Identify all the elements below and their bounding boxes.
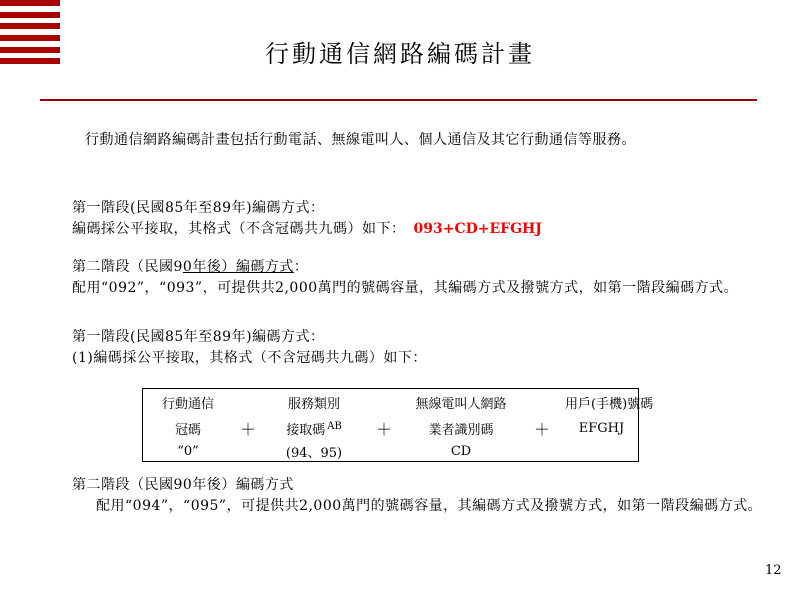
stage1-format-code: 093+CD+EFGHJ xyxy=(414,221,542,237)
presentation-slide: 行動通信網路編碼計畫 行動通信網路編碼計畫包括行動電話、無線電叫人、個人通信及其… xyxy=(0,0,800,600)
slide-title: 行動通信網路編碼計畫 xyxy=(0,34,800,69)
plus-sign: ＋ xyxy=(534,417,550,440)
plus-sign: ＋ xyxy=(376,417,392,440)
intro-paragraph: 行動通信網路編碼計畫包括行動電話、無線電叫人、個人通信及其它行動通信等服務。 xyxy=(85,129,636,149)
format-header-row: 行動通信 服務類別 無線電叫人網路 用戶(手機)號碼 xyxy=(143,389,638,415)
prefix-code-label: 冠碼 xyxy=(175,419,201,438)
format-label-row: 冠碼 ＋ 接取碼AB ＋ 業者識別碼 ＋ EFGHJ xyxy=(143,415,638,442)
page-number: 12 xyxy=(765,563,782,578)
stage2-second-section: 第二階段（民國90年後）編碼方式 配用“094”，“095”，可提供共2,000… xyxy=(72,475,762,517)
operator-id-label: 業者識別碼 xyxy=(428,419,493,438)
stage2-heading-2: 第二階段（民國90年後）編碼方式 xyxy=(72,475,762,496)
logo-stripe xyxy=(0,23,60,29)
stage2-first-section: 第二階段（民國90年後）編碼方式： 配用“092”，“093”，可提供共2,00… xyxy=(72,257,738,299)
logo-stripe xyxy=(0,0,60,6)
col-header-subscriber-number: 用戶(手機)號碼 xyxy=(565,393,653,412)
format-value-row: “0” (94、95) CD xyxy=(143,442,638,461)
access-code-value: (94、95) xyxy=(286,442,342,461)
stage2-detail-2: 配用“094”，“095”，可提供共2,000萬門的號碼容量，其編碼方式及撥號方… xyxy=(72,496,762,517)
access-code-label: 接取碼AB xyxy=(286,419,342,438)
prefix-code-value: “0” xyxy=(177,444,199,459)
stage2-detail: 配用“092”，“093”，可提供共2,000萬門的號碼容量，其編碼方式及撥號方… xyxy=(72,278,738,299)
stage1-format-line-2: (1)編碼採公平接取，其格式（不含冠碼共九碼）如下： xyxy=(72,348,427,369)
stage1-format-text: 編碼採公平接取，其格式（不含冠碼共九碼）如下： xyxy=(72,221,406,237)
stage1-first-section: 第一階段(民國85年至89年)編碼方式： 編碼採公平接取，其格式（不含冠碼共九碼… xyxy=(72,198,542,240)
subscriber-digits-label: EFGHJ xyxy=(579,421,624,436)
stage1-format-line: 編碼採公平接取，其格式（不含冠碼共九碼）如下：093+CD+EFGHJ xyxy=(72,219,542,240)
stage2-heading: 第二階段（民國90年後）編碼方式： xyxy=(72,257,738,278)
stage1-second-section: 第一階段(民國85年至89年)編碼方式： (1)編碼採公平接取，其格式（不含冠碼… xyxy=(72,327,427,369)
operator-id-value: CD xyxy=(451,444,471,459)
plus-sign: ＋ xyxy=(240,417,256,440)
title-divider-line xyxy=(40,99,757,101)
logo-stripe xyxy=(0,12,60,18)
col-header-paging-network: 無線電叫人網路 xyxy=(415,393,506,412)
access-code-superscript: AB xyxy=(327,421,342,432)
stage1-heading-2: 第一階段(民國85年至89年)編碼方式： xyxy=(72,327,427,348)
stage1-heading: 第一階段(民國85年至89年)編碼方式： xyxy=(72,198,542,219)
col-header-mobile: 行動通信 xyxy=(162,393,214,412)
numbering-format-table: 行動通信 服務類別 無線電叫人網路 用戶(手機)號碼 冠碼 ＋ 接取碼AB ＋ … xyxy=(142,388,639,462)
col-header-service-type: 服務類別 xyxy=(288,393,340,412)
